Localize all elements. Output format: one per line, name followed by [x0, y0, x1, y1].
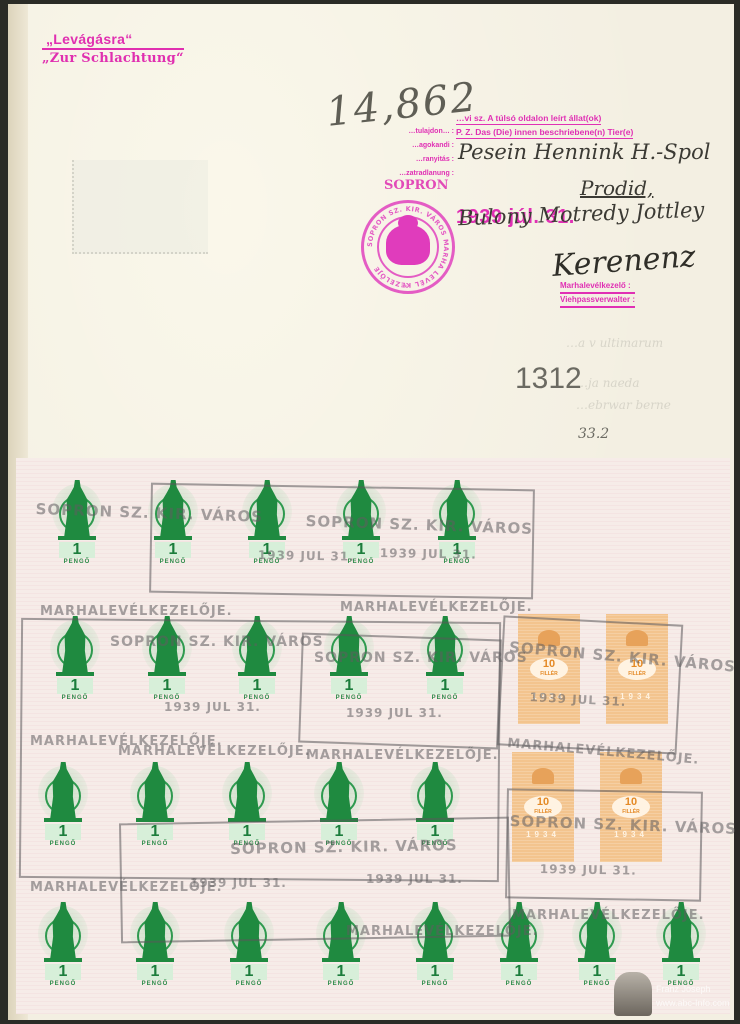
- pencil-note-small: 33.2: [578, 426, 609, 442]
- stamp-currency: PENGŐ: [576, 981, 618, 987]
- cancellation-box: [149, 483, 535, 600]
- cancellation-box: [497, 615, 684, 754]
- stamp-currency: PENGŐ: [414, 981, 456, 987]
- stamp-pedestal: [578, 958, 616, 962]
- star-icon: *: [404, 283, 408, 293]
- form-line-2: P. Z. Das (Die) innen beschriebene(n) Ti…: [456, 126, 633, 139]
- stamp-value: 1: [137, 964, 173, 980]
- cancellation-office: MARHALEVÉLKEZELŐJE.: [306, 748, 499, 763]
- stamp-value: 1: [231, 964, 267, 980]
- stamp-currency: PENGŐ: [660, 981, 702, 987]
- slaughter-stamp: „Levágásra“ „Zur Schlachtung“: [42, 30, 184, 68]
- form-label-2: …tulajdon… :: [390, 126, 454, 138]
- bleed-through-text: …ja naeda: [576, 376, 640, 390]
- stamp-pedestal: [500, 958, 538, 962]
- cancellation-office: MARHALEVÉLKEZELŐJE.: [346, 924, 539, 939]
- stamp-pedestal: [416, 958, 454, 962]
- stamp-currency: PENGŐ: [42, 981, 84, 987]
- form-line-1: …vi sz. A túlsó oldalon leírt állat(ok): [456, 112, 601, 125]
- pencil-number: 1312: [515, 362, 582, 396]
- cancellation-office: MARHALEVÉLKEZELŐJE.: [512, 908, 705, 923]
- cancellation-date: 1939 JUL 31.: [258, 548, 355, 564]
- slaughter-stamp-german: „Zur Schlachtung“: [42, 48, 184, 68]
- cancellation-office: MARHALEVÉLKEZELŐJE.: [40, 604, 233, 619]
- stamp-pedestal: [322, 958, 360, 962]
- form-label-3: …agokandi :: [390, 140, 454, 152]
- cancellation-date: 1939 JUL 31.: [366, 872, 463, 886]
- faded-stamp-outline: [72, 160, 208, 254]
- stamp-currency: PENGŐ: [228, 981, 270, 987]
- stamp-value: 1: [501, 964, 537, 980]
- stamp-currency: PENGŐ: [320, 981, 362, 987]
- authority-stamp-hungarian: Marhalevélkezelő :: [560, 280, 635, 294]
- handwritten-line-1: Pesein Hennink H.-Spol: [458, 140, 710, 164]
- stamp-value: 1: [59, 542, 95, 558]
- watermark-text-2: www.abc-Info.com: [656, 998, 730, 1008]
- slaughter-stamp-hungarian: „Levágásra“: [42, 30, 184, 48]
- stamp-pedestal: [44, 958, 82, 962]
- city-label: SOPRON: [384, 178, 449, 193]
- stamp-pedestal: [230, 958, 268, 962]
- parliament-dome-icon: [620, 768, 642, 784]
- authority-stamp-german: Viehpassverwalter :: [560, 294, 635, 308]
- stamp-pedestal: [662, 958, 700, 962]
- svg-text:SOPRON SZ. KIR. VÁROS MARHA LE: SOPRON SZ. KIR. VÁROS MARHA LEVÉL KEZELŐ…: [366, 205, 450, 289]
- cancellation-office: MARHALEVÉLKEZELŐJE.: [340, 600, 533, 615]
- cancellation-date: 1939 JUL 31.: [540, 862, 637, 878]
- stamp-currency: PENGŐ: [56, 559, 98, 565]
- stamp-pedestal: [58, 536, 96, 540]
- stamp-value: 1: [323, 964, 359, 980]
- stamp-value: 1: [663, 964, 699, 980]
- stamp-currency: PENGŐ: [134, 981, 176, 987]
- authority-stamp: Marhalevélkezelő : Viehpassverwalter :: [560, 280, 635, 308]
- cancellation-city: SOPRON SZ. KIR. VÁROS: [110, 634, 324, 650]
- official-seal: SOPRON SZ. KIR. VÁROS MARHA LEVÉL KEZELŐ…: [361, 200, 455, 294]
- cancellation-city: SOPRON SZ. KIR. VÁROS: [314, 650, 528, 666]
- stamp-pedestal: [136, 958, 174, 962]
- stamp-value: 1: [45, 964, 81, 980]
- stamp-value: 1: [417, 964, 453, 980]
- stamp-currency: PENGŐ: [498, 981, 540, 987]
- cancellation-date: 1939 JUL 31.: [346, 706, 443, 720]
- seal-text: SOPRON SZ. KIR. VÁROS MARHA LEVÉL KEZELŐ…: [364, 203, 452, 291]
- revenue-stamp-1-pengo: 1PENGŐ: [50, 474, 104, 570]
- cancellation-date: 1939 JUL 31.: [190, 876, 287, 890]
- stamp-value: 1: [579, 964, 615, 980]
- cancellation-box: [505, 788, 703, 901]
- handwritten-line-2: Prodid,: [580, 176, 653, 200]
- form-label-4: …ranyitás :: [390, 154, 454, 166]
- cancellation-date: 1939 JUL 31.: [164, 700, 261, 714]
- cancellation-date: 1939 JUL 31.: [380, 546, 477, 562]
- bleed-through-text: …ebrwar berne: [576, 398, 671, 412]
- revenue-stamp-1-pengo: 1PENGŐ: [36, 896, 90, 992]
- bleed-through-text: …a v ultimarum: [566, 336, 663, 350]
- cancellation-office: MARHALEVÉLKEZELŐJE.: [118, 744, 311, 759]
- parliament-dome-icon: [532, 768, 554, 784]
